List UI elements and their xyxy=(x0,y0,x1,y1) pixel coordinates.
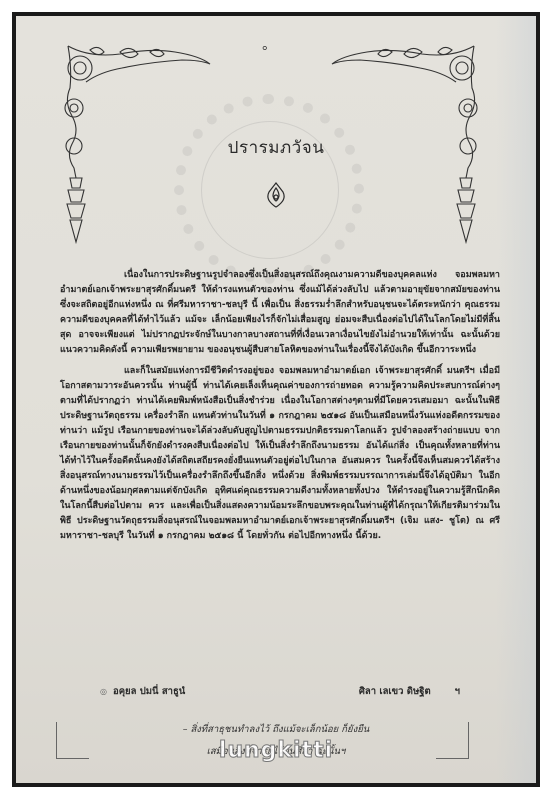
bullet-icon: ◎ xyxy=(100,687,107,696)
paragraph-2: และก็ในสมัยแห่งการมีชีวิตดำรงอยู่ของ จอม… xyxy=(60,364,500,544)
verse-left: อคุยล ปมนี่ สาธูนํ xyxy=(113,684,185,699)
paragraph-1: เนื่องในการประดิษฐานรูปจำลองซึ่งเป็นสิ่ง… xyxy=(60,268,500,358)
lotus-emblem-icon xyxy=(266,182,286,212)
verse-right: ศิลา เลเขว ดิษฐิต xyxy=(359,684,431,699)
crop-mark-bottom-left xyxy=(56,722,89,759)
document-title: ปรารมภวัจน xyxy=(16,134,536,161)
page-edge-shadow xyxy=(496,16,536,783)
page-number: ๐ xyxy=(262,40,268,54)
pali-verse-line: ◎ อคุยล ปมนี่ สาธูนํ ศิลา เลเขว ดิษฐิต ฯ xyxy=(100,684,460,699)
document-body: เนื่องในการประดิษฐานรูปจำลองซึ่งเป็นสิ่ง… xyxy=(60,268,500,550)
document-page: ๐ xyxy=(16,16,536,783)
crop-mark-bottom-right xyxy=(436,722,469,759)
verse-end-mark: ฯ xyxy=(455,684,460,699)
